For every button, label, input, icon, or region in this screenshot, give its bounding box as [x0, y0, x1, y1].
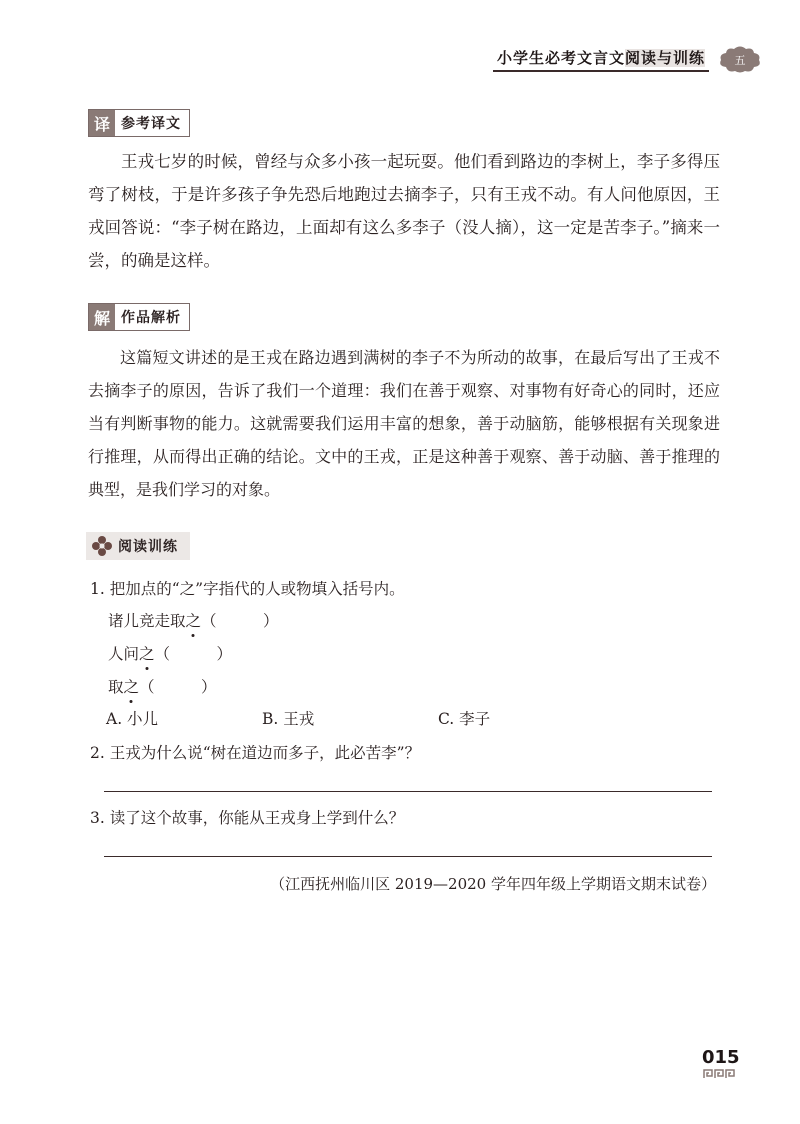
answer-line[interactable] [104, 791, 712, 792]
page-number: 015 [702, 1047, 740, 1068]
analysis-seal-icon: 解 [89, 304, 115, 330]
question-1-item: 人问之（ ） [108, 642, 232, 664]
meander-ornament-icon [703, 1069, 737, 1079]
option-c: C. 李子 [438, 707, 490, 729]
section-header-training: 阅读训练 [86, 532, 190, 560]
question-2-prompt: 2. 王戎为什么说“树在道边而多子，此必苦李”？ [90, 741, 420, 763]
dotted-character: 之 [186, 609, 202, 631]
question-1-item: 诸儿竞走取之（ ） [108, 609, 279, 631]
section-header-analysis: 解 作品解析 [88, 303, 190, 331]
section-title: 阅读训练 [118, 536, 178, 556]
analysis-paragraph: 这篇短文讲述的是王戎在路边遇到满树的李子不为所动的故事，在最后写出了王戎不去摘李… [88, 341, 720, 506]
question-1-prompt: 1. 把加点的“之”字指代的人或物填入括号内。 [90, 577, 405, 599]
answer-blank[interactable]: （ ） [155, 642, 233, 664]
answer-blank[interactable]: （ ） [139, 675, 217, 697]
translation-paragraph: 王戎七岁的时候，曾经与众多小孩一起玩耍。他们看到路边的李树上，李子多得压弯了树枝… [88, 145, 720, 277]
running-header: 小学生必考文言文阅读与训练 五 [493, 46, 763, 72]
translation-text: 王戎七岁的时候，曾经与众多小孩一起玩耍。他们看到路边的李树上，李子多得压弯了树枝… [88, 145, 720, 277]
dotted-character: 之 [139, 642, 155, 664]
answer-line[interactable] [104, 856, 712, 857]
ornament-knot-icon [90, 535, 114, 557]
analysis-text: 这篇短文讲述的是王戎在路边遇到满树的李子不为所动的故事，在最后写出了王戎不去摘李… [88, 341, 720, 506]
section-title: 作品解析 [115, 307, 189, 327]
section-title: 参考译文 [115, 113, 189, 133]
book-title: 小学生必考文言文阅读与训练 [493, 47, 709, 72]
svg-text:五: 五 [735, 54, 746, 67]
answer-blank[interactable]: （ ） [201, 609, 279, 631]
book-title-main: 小学生必考文言文 [497, 49, 625, 67]
option-b: B. 王戎 [262, 707, 314, 729]
section-header-translation: 译 参考译文 [88, 109, 190, 137]
option-a: A. 小儿 [106, 707, 158, 729]
source-citation: （江西抚州临川区 2019—2020 学年四年级上学期语文期末试卷） [270, 873, 716, 894]
translation-seal-icon: 译 [89, 110, 115, 136]
question-3-prompt: 3. 读了这个故事，你能从王戎身上学到什么？ [90, 806, 404, 828]
dotted-character: 之 [124, 675, 140, 697]
question-1-item: 取之（ ） [108, 675, 217, 697]
cloud-badge-icon: 五 [717, 44, 763, 74]
book-title-highlight: 阅读与训练 [625, 49, 705, 67]
